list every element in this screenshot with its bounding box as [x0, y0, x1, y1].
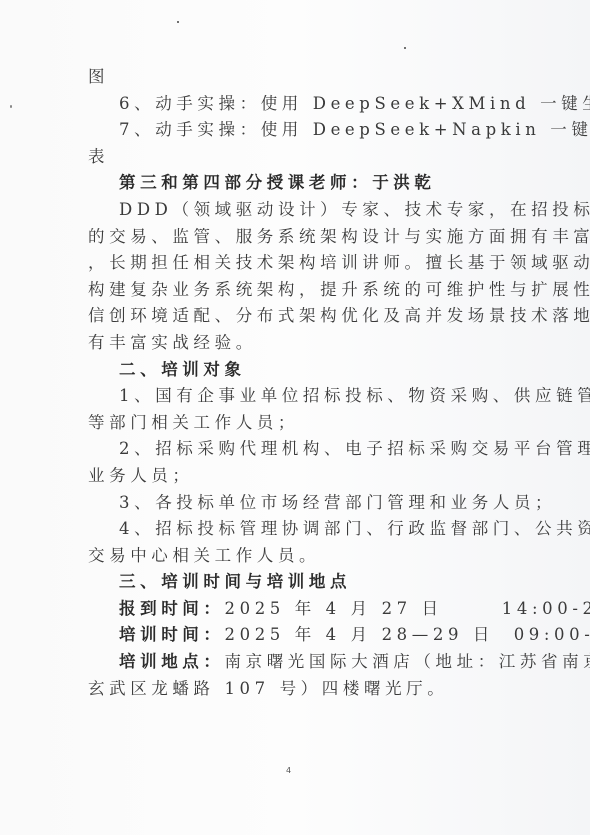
training-time-value: 2025 年 4 月 28—29 日 09:00-17:00 [225, 625, 590, 644]
checkin-time: 报到时间：2025 年 4 月 27 日 14:00-20:00 [88, 596, 504, 623]
training-location-label: 培训地点： [119, 652, 225, 671]
instructor-bio-line: ，长期担任相关技术架构培训讲师。擅长基于领域驱动设计 [88, 250, 504, 277]
instructor-bio-line: 信创环境适配、分布式架构优化及高并发场景技术落地方面 [88, 303, 504, 330]
section-heading-trainees: 二、培训对象 [88, 357, 504, 384]
training-location: 培训地点：南京曙光国际大酒店（地址：江苏省南京市 [88, 649, 504, 676]
instructor-bio-line: 有丰富实战经验。 [88, 330, 504, 357]
list-item-7: 7、动手实操：使用 DeepSeek+Napkin 一键设计文字图 [88, 117, 504, 144]
training-location-value: 南京曙光国际大酒店（地址：江苏省南京市 [225, 652, 590, 671]
instructor-bio-line: 构建复杂业务系统架构，提升系统的可维护性与扩展性，在 [88, 277, 504, 304]
checkin-time-value: 2025 年 4 月 27 日 14:00-20:00 [225, 599, 590, 618]
list-item-6: 6、动手实操：使用 DeepSeek+XMind 一键生成思维导图 [88, 91, 504, 118]
text-line: 图 [88, 64, 504, 91]
document-body: 图 6、动手实操：使用 DeepSeek+XMind 一键生成思维导图 7、动手… [88, 64, 504, 702]
scan-speck [10, 105, 12, 108]
instructor-bio-line: 的交易、监管、服务系统架构设计与实施方面拥有丰富经验 [88, 224, 504, 251]
trainee-item: 3、各投标单位市场经营部门管理和业务人员； [88, 490, 504, 517]
trainee-item-cont: 等部门相关工作人员； [88, 410, 504, 437]
instructor-heading: 第三和第四部分授课老师：于洪乾 [88, 170, 504, 197]
instructor-bio-line: DDD（领域驱动设计）专家、技术专家，在招投标领域 [88, 197, 504, 224]
trainee-item-cont: 业务人员； [88, 463, 504, 490]
scan-speck [404, 47, 406, 49]
page-number: 4 [286, 766, 291, 775]
trainee-item: 1、国有企事业单位招标投标、物资采购、供应链管理 [88, 383, 504, 410]
trainee-item: 4、招标投标管理协调部门、行政监督部门、公共资源 [88, 516, 504, 543]
document-page: 图 6、动手实操：使用 DeepSeek+XMind 一键生成思维导图 7、动手… [0, 0, 590, 835]
training-time-label: 培训时间： [119, 625, 225, 644]
trainee-item: 2、招标采购代理机构、电子招标采购交易平台管理和 [88, 436, 504, 463]
trainee-item-cont: 交易中心相关工作人员。 [88, 543, 504, 570]
training-location-cont: 玄武区龙蟠路 107 号）四楼曙光厅。 [88, 676, 504, 703]
checkin-time-label: 报到时间： [119, 599, 225, 618]
section-heading-time-location: 三、培训时间与培训地点 [88, 569, 504, 596]
text-line: 表 [88, 144, 504, 171]
training-time: 培训时间：2025 年 4 月 28—29 日 09:00-17:00 [88, 622, 504, 649]
scan-speck [177, 21, 179, 23]
